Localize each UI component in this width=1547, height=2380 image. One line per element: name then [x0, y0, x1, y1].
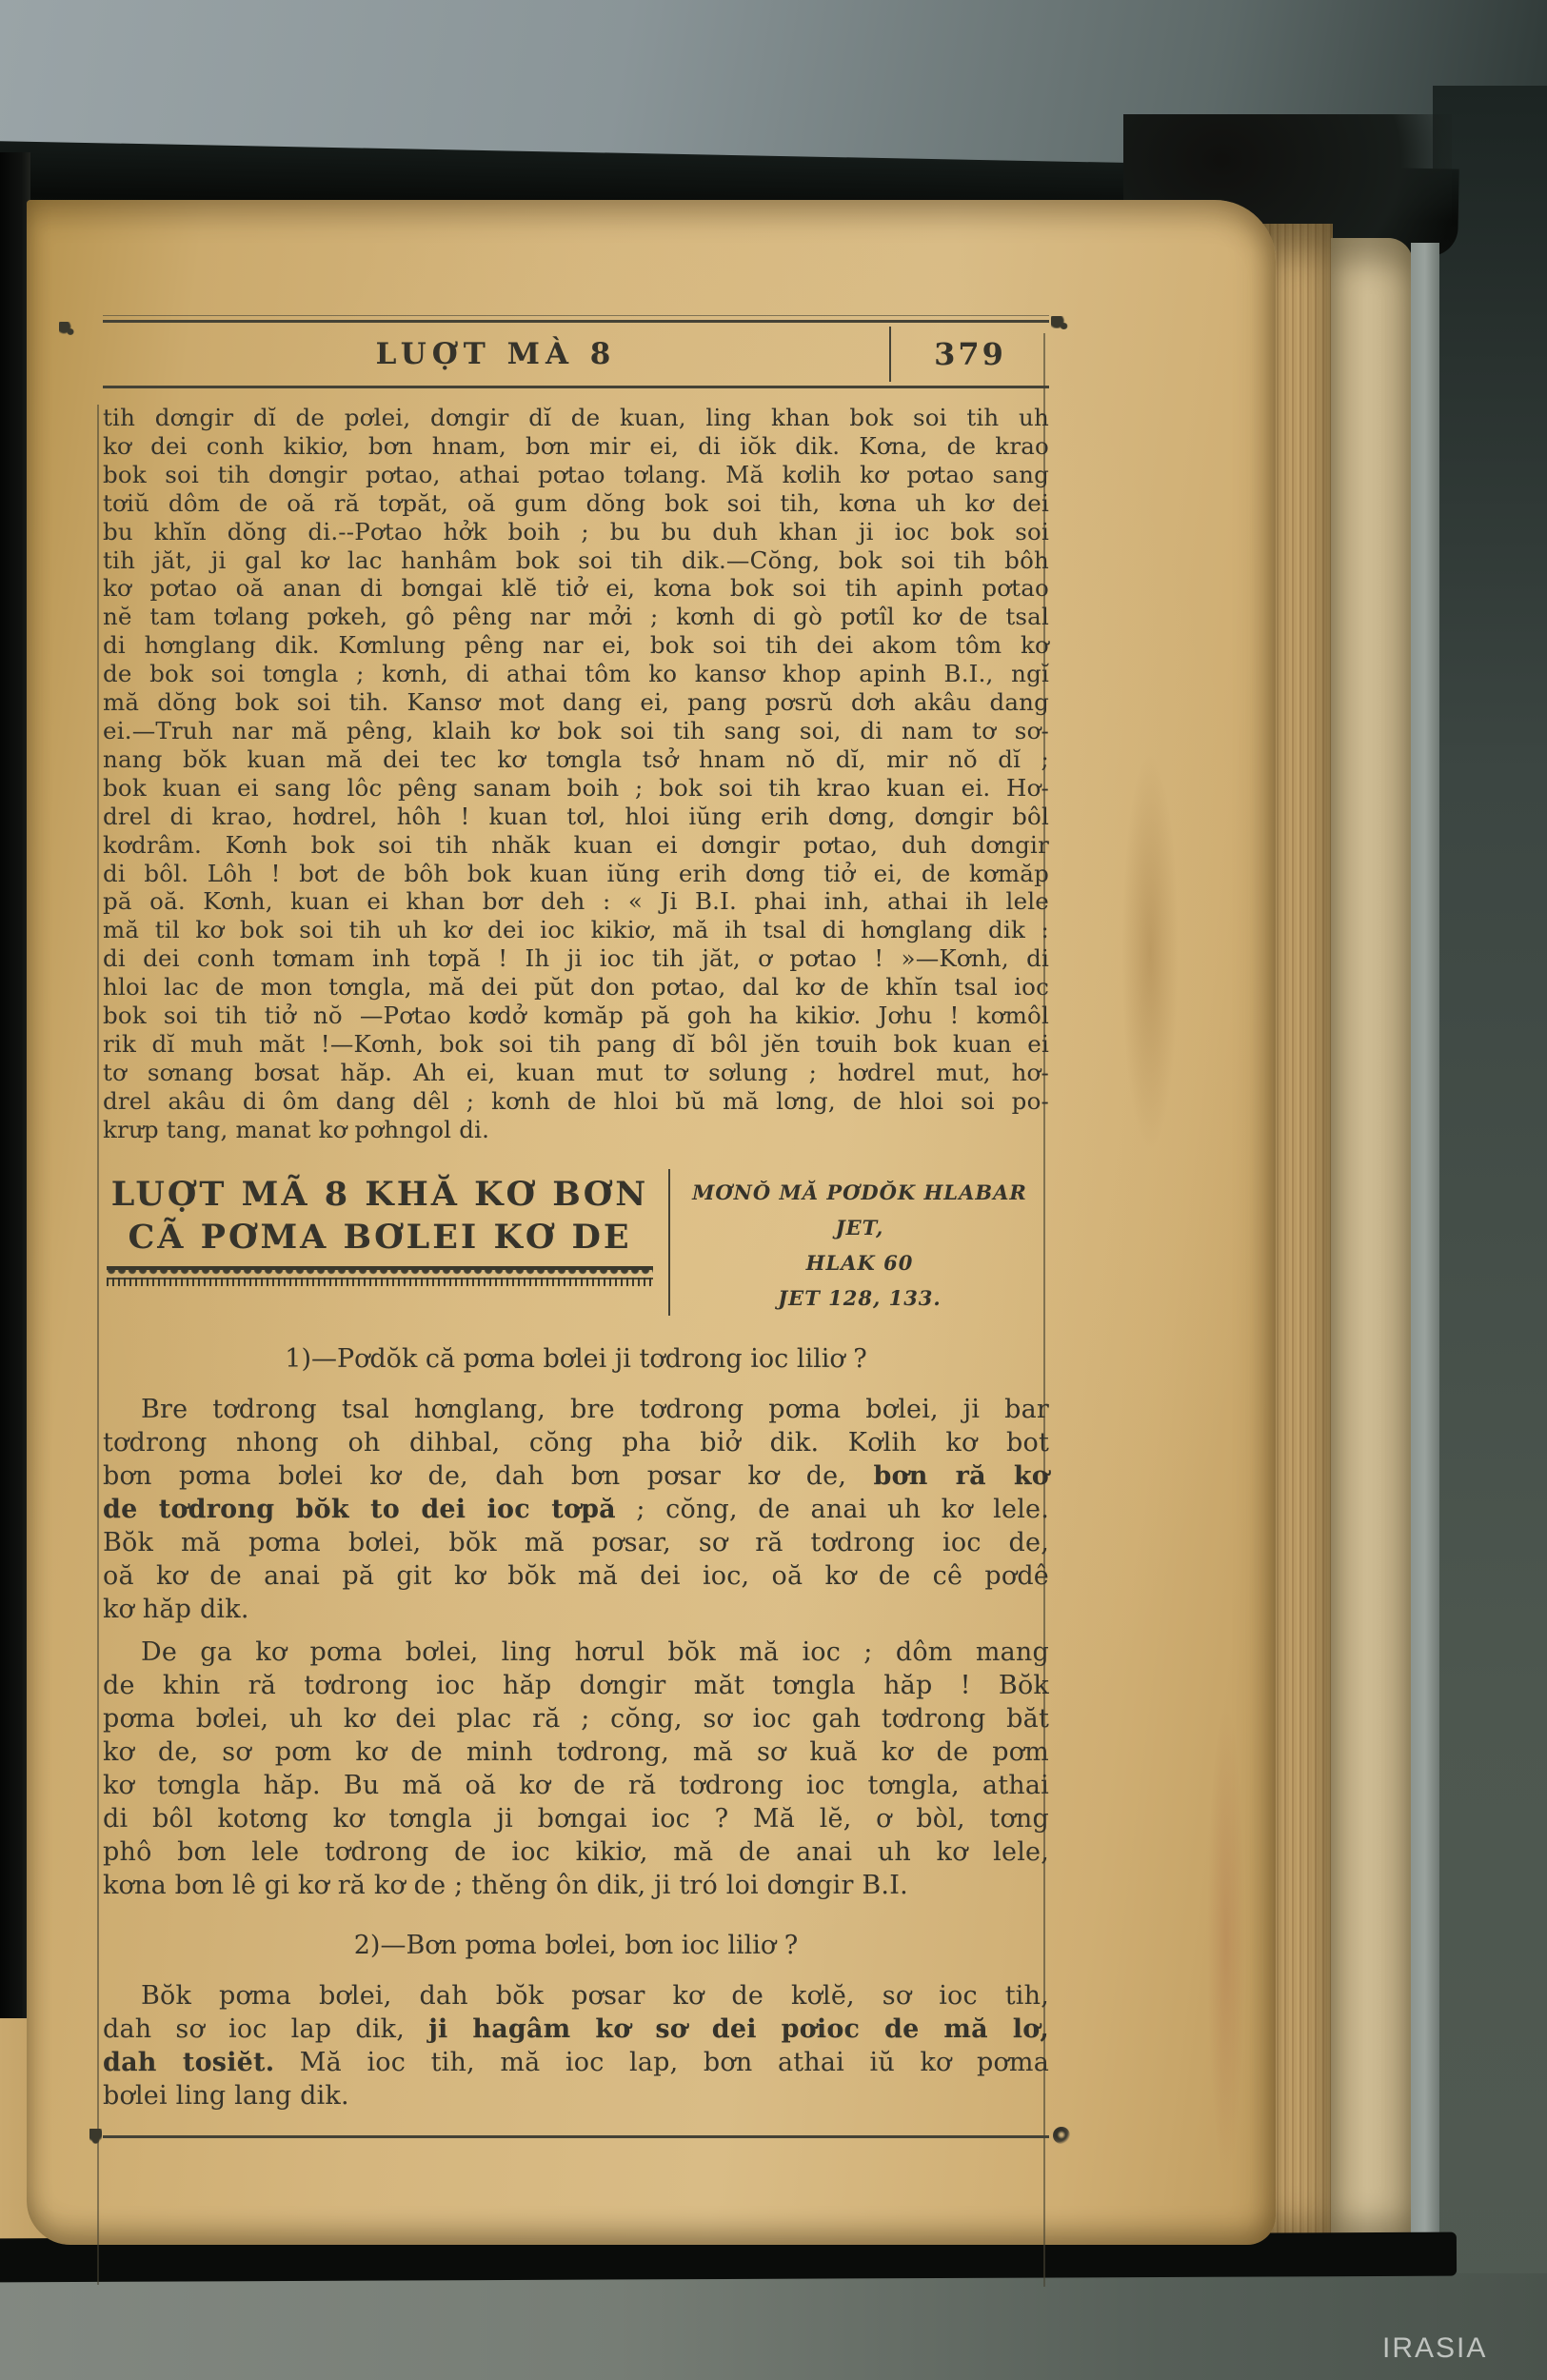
text-segment: nang bŏk kuan mă dei tec kơ tơngla tsở h…	[103, 745, 1049, 773]
text-segment: Bŏk mă pơma bơlei, bŏk mă pơsar, sơ ră t…	[103, 1528, 1049, 1557]
text-line: kơ dei conh kikiơ, bơn hnam, bơn mir ei,…	[103, 432, 1049, 461]
text-segment: tơ sơnang bơsat hăp. Ah ei, kuan mut tơ …	[103, 1059, 1049, 1086]
text-line: di hơnglang dik. Kơmlung pêng nar ei, bo…	[103, 631, 1049, 660]
book-back-page-edge	[1331, 238, 1413, 2242]
section-reference-line: JET 128, 133.	[670, 1280, 1049, 1316]
text-line: mă dŏng bok soi tih. Kansơ mot dang ei, …	[103, 688, 1049, 717]
section-reference-line: HLAK 60	[670, 1245, 1049, 1280]
text-segment: bok kuan ei sang lôc pêng sanam boih ; b…	[103, 774, 1049, 802]
text-segment: oă kơ de anai pă git kơ bŏk mă dei ioc, …	[103, 1561, 1049, 1591]
text-segment: kơ dei conh kikiơ, bơn hnam, bơn mir ei,…	[103, 432, 1049, 460]
text-segment: hloi lac de mon tơngla, mă dei pŭt don p…	[103, 973, 1049, 1001]
text-line: drel akâu di ôm dang dêl ; kơnh de hloi …	[103, 1087, 1049, 1116]
text-segment: ei.—Truh nar mă pêng, klaih kơ bok soi t…	[103, 717, 1049, 744]
section-heading-block: LUỢT MÃ 8 KHĂ KƠ BƠNCÃ PƠMA BƠLEI KƠ DEM…	[103, 1169, 1049, 1316]
header-number-cell: 379	[891, 336, 1049, 372]
section-reference-column: MƠNŎ MĂ PƠDŎK HLABAR JET,HLAK 60JET 128,…	[670, 1169, 1049, 1316]
text-line: bok soi tih tiở nŏ —Pơtao kơdở kơmăp pă …	[103, 1002, 1049, 1030]
text-segment: dah sơ ioc lap dik,	[103, 2014, 428, 2044]
text-segment: bơn ră kơ	[873, 1461, 1049, 1491]
printers-ornament-top-right	[1051, 316, 1065, 328]
section-title-column: LUỢT MÃ 8 KHĂ KƠ BƠNCÃ PƠMA BƠLEI KƠ DE	[103, 1169, 670, 1316]
text-segment: dah tosiĕt.	[103, 2048, 274, 2077]
text-line: de tơdrong bŏk to dei ioc tơpă ; cŏng, d…	[103, 1493, 1049, 1526]
continuation-paragraph: tih dơngir dĭ de pơlei, dơngir dĭ de kua…	[103, 404, 1049, 1144]
section-title-line: LUỢT MÃ 8 KHĂ KƠ BƠN	[105, 1173, 655, 1216]
book-back-cover-edge	[1411, 243, 1439, 2242]
text-line: di dei conh tơmam inh tơpă ! Ih ji ioc t…	[103, 944, 1049, 973]
text-segment: Mă ioc tih, mă ioc lap, bơn athai iŭ kơ …	[274, 2048, 1049, 2077]
text-segment: tih dơngir dĭ de pơlei, dơngir dĭ de kua…	[103, 404, 1049, 431]
body-paragraph: De ga kơ pơma bơlei, ling hơrul bŏk mă i…	[103, 1636, 1049, 1902]
text-frame-left-rule	[97, 405, 99, 2285]
printers-ornament-top-left	[59, 322, 71, 334]
text-segment: tơdrong nhong oh dihbal, cŏng pha biở di…	[103, 1428, 1049, 1458]
printers-ornament-bottom-right	[1053, 2127, 1070, 2144]
text-line: bơn pơma bơlei kơ de, dah bơn pơsar kơ d…	[103, 1459, 1049, 1493]
text-line: kơna bơn lê gi kơ ră kơ de ; thĕng ôn di…	[103, 1869, 1049, 1902]
header-title-cell: LUỢT MÀ 8	[103, 337, 889, 371]
text-line: kơ de, sơ pơm kơ de minh tơdrong, mă sơ …	[103, 1735, 1049, 1769]
text-segment: kơna bơn lê gi kơ ră kơ de ; thĕng ôn di…	[103, 1871, 908, 1900]
header-bottom-rule	[103, 386, 1049, 388]
text-segment: bơn pơma bơlei kơ de, dah bơn pơsar kơ d…	[103, 1461, 873, 1491]
text-segment: ji hagâm kơ sơ dei pơioc de mă lơ,	[428, 2014, 1049, 2044]
text-line: De ga kơ pơma bơlei, ling hơrul bŏk mă i…	[103, 1636, 1049, 1669]
text-segment: krưp tang, manat kơ pơhngol di.	[103, 1116, 489, 1143]
section-reference-line: MƠNŎ MĂ PƠDŎK HLABAR JET,	[670, 1175, 1049, 1245]
text-segment: de khin ră tơdrong ioc hăp dơngir măt tơ…	[103, 1671, 1049, 1700]
text-segment: di bôl kotơng kơ tơngla ji bơngai ioc ? …	[103, 1804, 1049, 1834]
text-segment: De ga kơ pơma bơlei, ling hơrul bŏk mă i…	[141, 1637, 1049, 1667]
text-segment: mă til kơ bok soi tih uh kơ dei ioc kiki…	[103, 916, 1049, 943]
text-segment: phô bơn lele tơdrong de ioc kikiơ, mă de…	[103, 1837, 1049, 1867]
text-line: bơlei ling lang dik.	[103, 2079, 1049, 2112]
text-line: krưp tang, manat kơ pơhngol di.	[103, 1116, 1049, 1144]
text-line: rik dĭ muh măt !—Kơnh, bok soi tih pang …	[103, 1030, 1049, 1059]
text-line: bok kuan ei sang lôc pêng sanam boih ; b…	[103, 774, 1049, 803]
text-segment: tih jăt, ji gal kơ lac hanhâm bok soi ti…	[103, 546, 1049, 574]
text-segment: kơ tơngla hăp. Bu mă oă kơ de ră tơdrong…	[103, 1771, 1049, 1800]
text-line: di bôl kotơng kơ tơngla ji bơngai ioc ? …	[103, 1802, 1049, 1835]
text-line: di bôl. Lôh ! bơt de bôh bok kuan iŭng e…	[103, 860, 1049, 888]
text-line: mă til kơ bok soi tih uh kơ dei ioc kiki…	[103, 916, 1049, 944]
text-segment: kơ hăp dik.	[103, 1595, 249, 1624]
text-line: bok soi tih dơngir pơtao, athai pơtao tơ…	[103, 461, 1049, 489]
text-segment: kơdrâm. Kơnh bok soi tih nhăk kuan ei dơ…	[103, 831, 1049, 859]
text-line: de bok soi tơngla ; kơnh, di athai tôm k…	[103, 660, 1049, 688]
text-line: dah sơ ioc lap dik, ji hagâm kơ sơ dei p…	[103, 2013, 1049, 2046]
page-stain	[1207, 1704, 1245, 2180]
text-line: oă kơ de anai pă git kơ bŏk mă dei ioc, …	[103, 1559, 1049, 1593]
printers-ornament-bottom-left	[89, 2129, 102, 2143]
lace-ornament-border	[107, 1266, 653, 1287]
text-segment: rik dĭ muh măt !—Kơnh, bok soi tih pang …	[103, 1030, 1049, 1058]
text-segment: de bok soi tơngla ; kơnh, di athai tôm k…	[103, 660, 1049, 687]
text-line: Bŏk mă pơma bơlei, bŏk mă pơsar, sơ ră t…	[103, 1526, 1049, 1559]
scanner-background-bottom	[0, 2273, 1547, 2380]
text-line: hloi lac de mon tơngla, mă dei pŭt don p…	[103, 973, 1049, 1002]
scanned-book-page: LUỢT MÀ 8 379 tih dơngir dĭ de pơlei, dơ…	[27, 200, 1276, 2245]
text-line: Bre tơdrong tsal hơnglang, bre tơdrong p…	[103, 1393, 1049, 1426]
text-segment: tơiŭ dôm de oă ră tơpăt, oă gum dŏng bok…	[103, 489, 1049, 517]
text-segment: Bre tơdrong tsal hơnglang, bre tơdrong p…	[141, 1395, 1049, 1424]
scan-watermark: IRASIA	[1382, 2332, 1487, 2365]
text-segment: Bŏk pơma bơlei, dah bŏk pơsar kơ de kơlĕ…	[141, 1981, 1049, 2011]
text-line: pơma bơlei, uh kơ dei plac ră ; cŏng, sơ…	[103, 1702, 1049, 1735]
text-line: tơ sơnang bơsat hăp. Ah ei, kuan mut tơ …	[103, 1059, 1049, 1087]
text-segment: drel di krao, hơdrel, hôh ! kuan tơl, hl…	[103, 803, 1049, 830]
text-segment: bok soi tih dơngir pơtao, athai pơtao tơ…	[103, 461, 1049, 488]
printed-text-block: LUỢT MÀ 8 379 tih dơngir dĭ de pơlei, dơ…	[103, 320, 1049, 2138]
text-segment: pă oă. Kơnh, kuan ei khan bơr deh : « Ji…	[103, 887, 1049, 915]
text-line: kơ tơngla hăp. Bu mă oă kơ de ră tơdrong…	[103, 1769, 1049, 1802]
body-paragraph: Bre tơdrong tsal hơnglang, bre tơdrong p…	[103, 1393, 1049, 1626]
scanner-background-right	[1433, 86, 1547, 2380]
text-segment: de tơdrong bŏk to dei ioc tơpă	[103, 1495, 616, 1524]
text-segment: drel akâu di ôm dang dêl ; kơnh de hloi …	[103, 1087, 1049, 1115]
text-line: kơ pơtao oă anan di bơngai klĕ tiở ei, k…	[103, 574, 1049, 603]
section-title-line: CÃ PƠMA BƠLEI KƠ DE	[105, 1216, 655, 1259]
text-segment: kơ pơtao oă anan di bơngai klĕ tiở ei, k…	[103, 574, 1049, 602]
text-line: Bŏk pơma bơlei, dah bŏk pơsar kơ de kơlĕ…	[103, 1979, 1049, 2013]
text-segment: bok soi tih tiở nŏ —Pơtao kơdở kơmăp pă …	[103, 1002, 1049, 1029]
text-line: tơdrong nhong oh dihbal, cŏng pha biở di…	[103, 1426, 1049, 1459]
text-line: de khin ră tơdrong ioc hăp dơngir măt tơ…	[103, 1669, 1049, 1702]
text-line: ei.—Truh nar mă pêng, klaih kơ bok soi t…	[103, 717, 1049, 745]
text-line: dah tosiĕt. Mă ioc tih, mă ioc lap, bơn …	[103, 2046, 1049, 2079]
text-line: kơdrâm. Kơnh bok soi tih nhăk kuan ei dơ…	[103, 831, 1049, 860]
text-line: nang bŏk kuan mă dei tec kơ tơngla tsở h…	[103, 745, 1049, 774]
text-line: tơiŭ dôm de oă ră tơpăt, oă gum dŏng bok…	[103, 489, 1049, 518]
running-header-title: LUỢT MÀ 8	[376, 337, 617, 371]
text-line: phô bơn lele tơdrong de ioc kikiơ, mă de…	[103, 1835, 1049, 1869]
question-heading: 1)—Pơdŏk că pơma bơlei ji tơdrong ioc li…	[103, 1344, 1049, 1374]
text-line: bu khĭn dŏng di.--Pơtao hởk boih ; bu bu…	[103, 518, 1049, 546]
text-line: tih dơngir dĭ de pơlei, dơngir dĭ de kua…	[103, 404, 1049, 432]
footer-rule	[103, 2135, 1049, 2138]
text-segment: bơlei ling lang dik.	[103, 2081, 349, 2111]
text-line: pă oă. Kơnh, kuan ei khan bơr deh : « Ji…	[103, 887, 1049, 916]
question-heading: 2)—Bơn pơma bơlei, bơn ioc liliơ ?	[103, 1931, 1049, 1960]
text-segment: di dei conh tơmam inh tơpă ! Ih ji ioc t…	[103, 944, 1049, 972]
running-header: LUỢT MÀ 8 379	[103, 323, 1049, 386]
text-segment: ; cŏng, de anai uh kơ lele.	[616, 1495, 1049, 1524]
body-paragraph: Bŏk pơma bơlei, dah bŏk pơsar kơ de kơlĕ…	[103, 1979, 1049, 2112]
text-segment: di bôl. Lôh ! bơt de bôh bok kuan iŭng e…	[103, 860, 1049, 887]
text-segment: pơma bơlei, uh kơ dei plac ră ; cŏng, sơ…	[103, 1704, 1049, 1734]
text-line: nĕ tam tơlang pơkeh, gô pêng nar mởi ; k…	[103, 603, 1049, 631]
page-number: 379	[934, 336, 1006, 372]
page-stain	[1121, 752, 1179, 1152]
text-segment: bu khĭn dŏng di.--Pơtao hởk boih ; bu bu…	[103, 518, 1049, 545]
text-line: kơ hăp dik.	[103, 1593, 1049, 1626]
text-flow: tih dơngir dĭ de pơlei, dơngir dĭ de kua…	[103, 404, 1049, 2112]
text-segment: mă dŏng bok soi tih. Kansơ mot dang ei, …	[103, 688, 1049, 716]
text-segment: kơ de, sơ pơm kơ de minh tơdrong, mă sơ …	[103, 1737, 1049, 1767]
text-segment: nĕ tam tơlang pơkeh, gô pêng nar mởi ; k…	[103, 603, 1049, 630]
text-line: drel di krao, hơdrel, hôh ! kuan tơl, hl…	[103, 803, 1049, 831]
text-segment: di hơnglang dik. Kơmlung pêng nar ei, bo…	[103, 631, 1049, 659]
text-line: tih jăt, ji gal kơ lac hanhâm bok soi ti…	[103, 546, 1049, 575]
